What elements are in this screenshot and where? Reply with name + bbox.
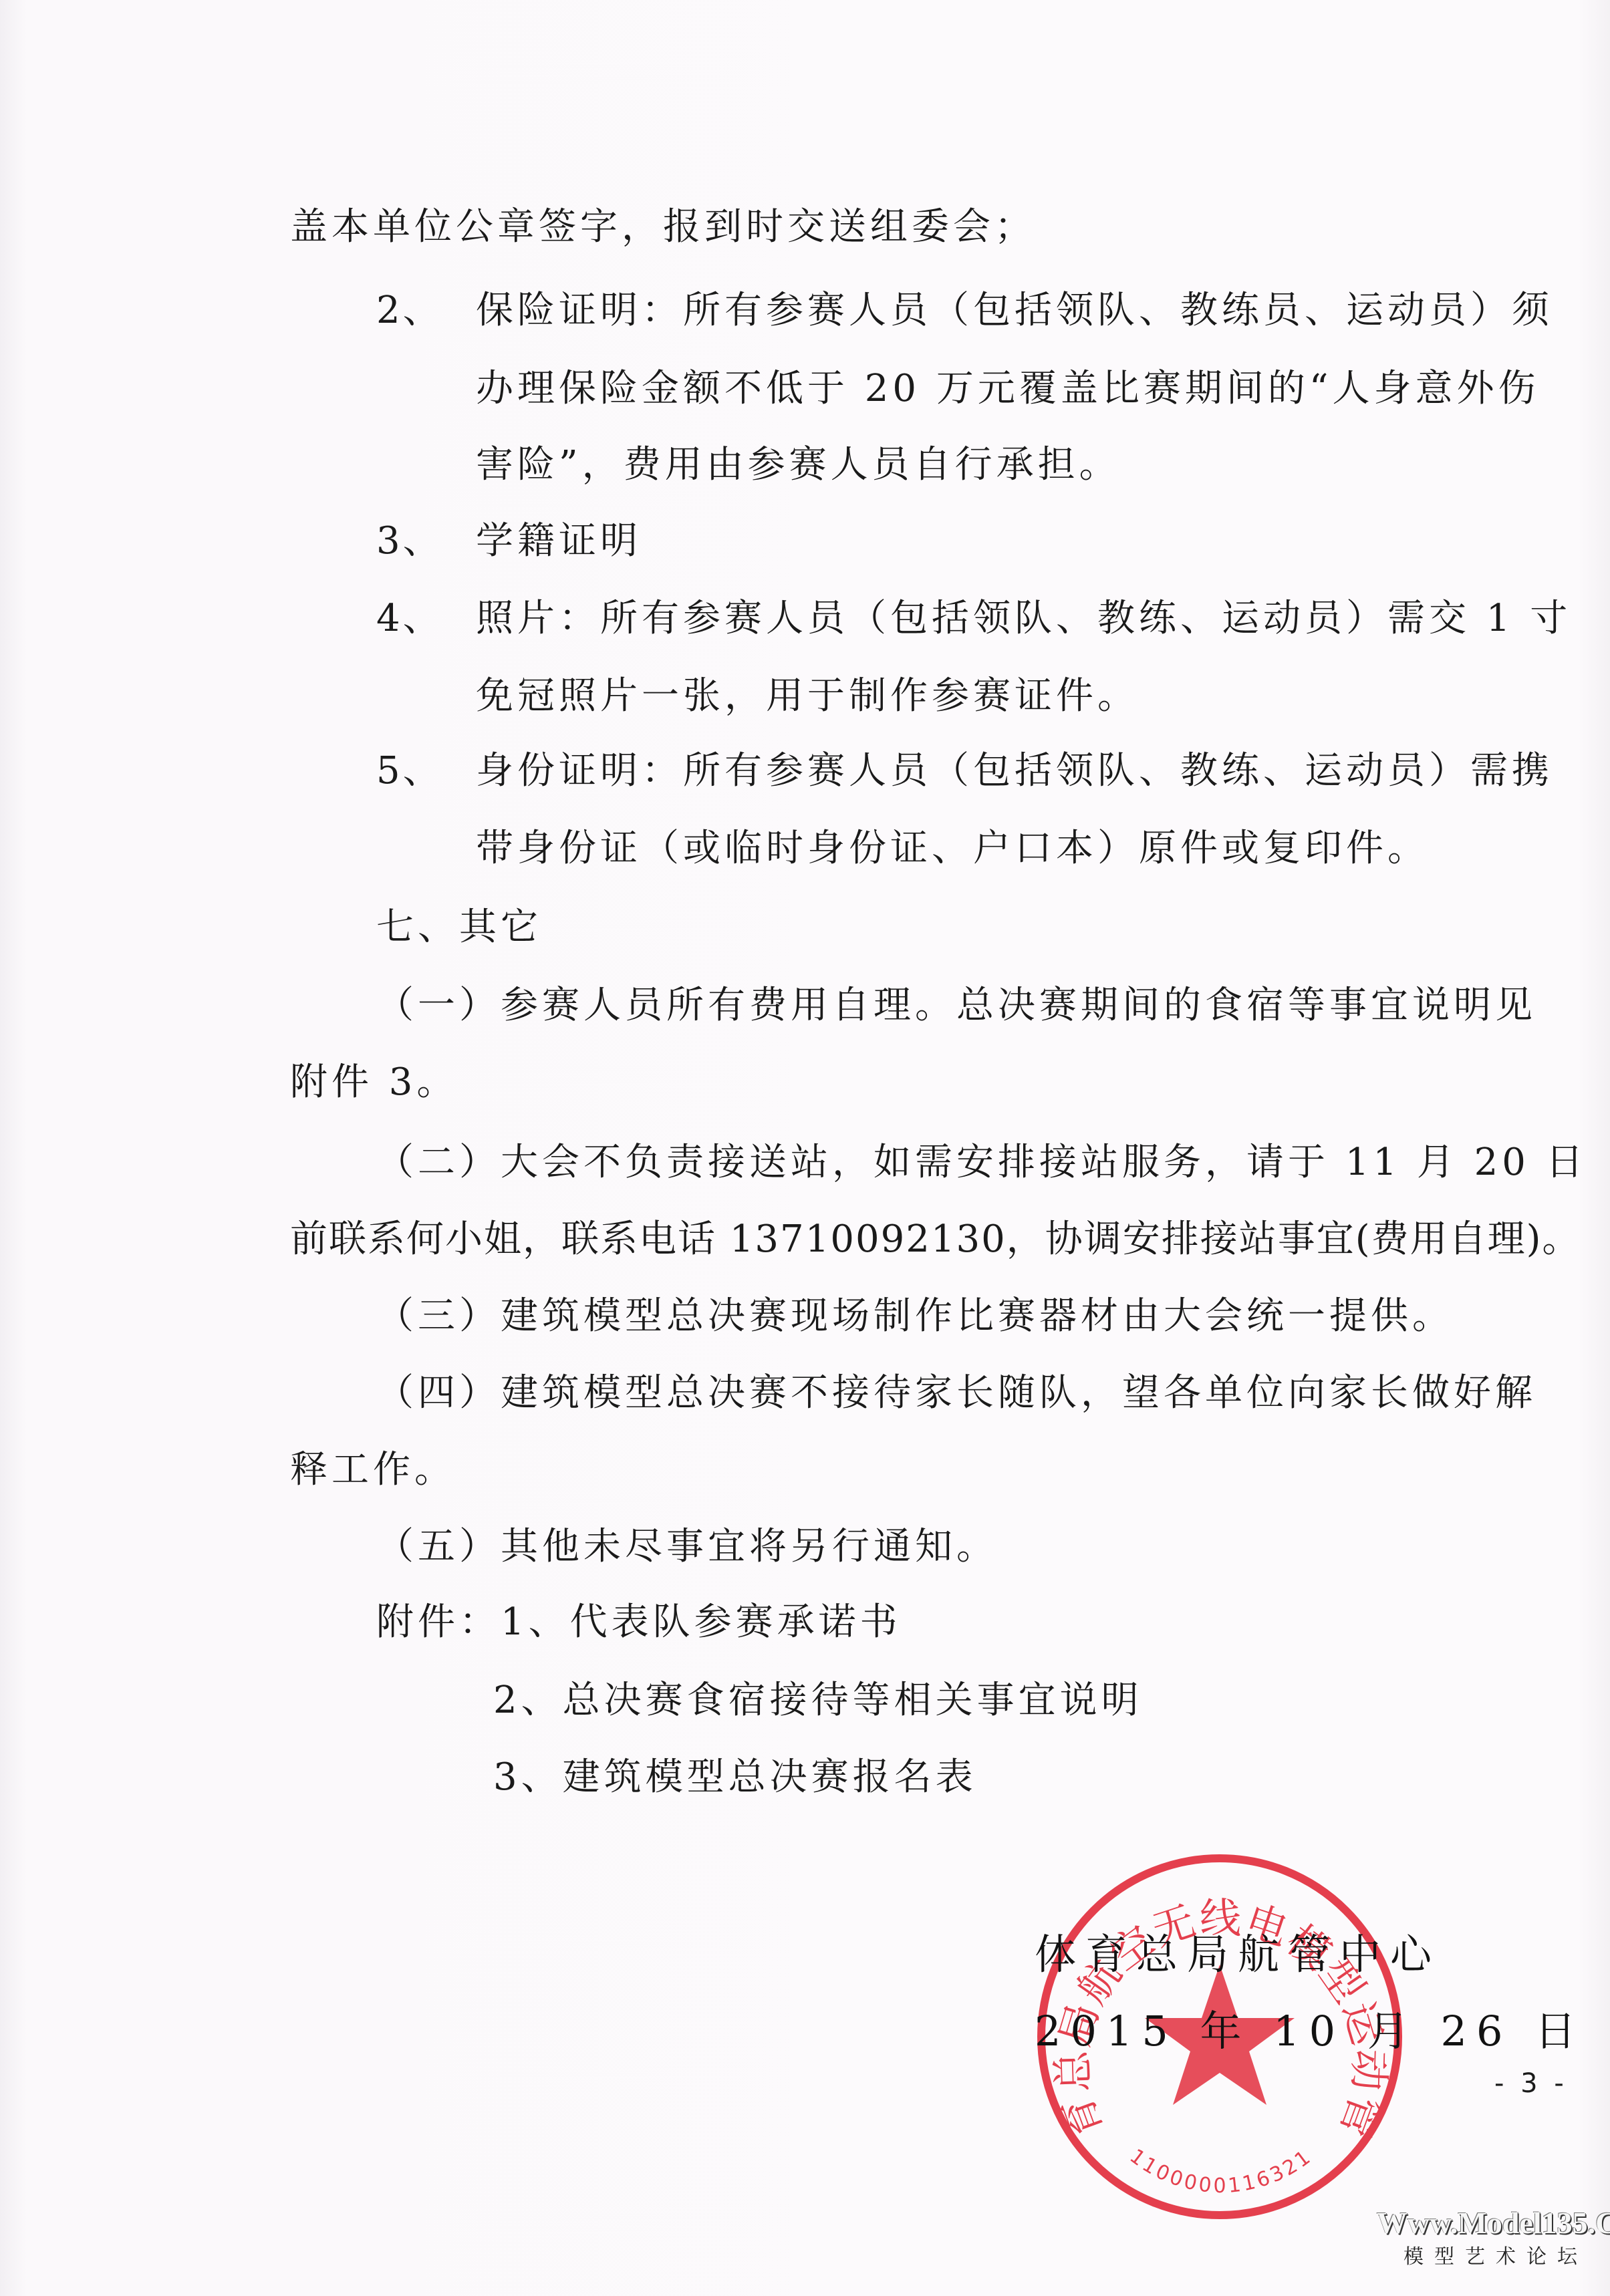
text-line: 附件 3。 (290, 1056, 458, 1109)
text-line: 保险证明：所有参赛人员（包括领队、教练员、运动员）须 (476, 284, 1553, 337)
list-number: 5、 (376, 744, 443, 798)
text-line: 办理保险金额不低于 20 万元覆盖比赛期间的“人身意外伤 (476, 362, 1540, 416)
text-line: 免冠照片一张，用于制作参赛证件。 (476, 670, 1139, 723)
text-line: （三）建筑模型总决赛现场制作比赛器材由大会统一提供。 (376, 1290, 1454, 1343)
text-line: （四）建筑模型总决赛不接待家长随队，望各单位向家长做好解 (376, 1367, 1536, 1420)
text-line: 身份证明：所有参赛人员（包括领队、教练、运动员）需携 (476, 744, 1553, 798)
text-line: 带身份证（或临时身份证、户口本）原件或复印件。 (476, 822, 1429, 875)
list-number: 3、 (376, 515, 443, 568)
signature-org: 体育总局航管中心 (1035, 1928, 1441, 1981)
list-number: 2、 (376, 284, 443, 337)
watermark-label: 模型艺术论坛 (1403, 2240, 1588, 2269)
signature-date: 2015 年 10 月 26 日 (1035, 2005, 1585, 2058)
section-heading: 七、其它 (376, 901, 542, 954)
watermark-site: Www.Model135.Com (1377, 2205, 1610, 2241)
svg-text:1100000116321: 1100000116321 (1125, 2144, 1317, 2198)
list-number: 4、 (376, 592, 443, 645)
document-page: 盖本单位公章签字，报到时交送组委会； 2、 保险证明：所有参赛人员（包括领队、教… (0, 0, 1610, 2296)
text-line: （二）大会不负责接送站，如需安排接站服务，请于 11 月 20 日 (376, 1136, 1587, 1189)
text-line: 学籍证明 (476, 515, 642, 568)
page-number: - 3 - (1494, 2068, 1568, 2099)
text-line: 前联系何小姐，联系电话 13710092130，协调安排接站事宜(费用自理)。 (290, 1213, 1581, 1266)
text-line: 害险”，费用由参赛人员自行承担。 (476, 438, 1121, 492)
text-line: （五）其他未尽事宜将另行通知。 (376, 1520, 998, 1574)
text-line: 照片：所有参赛人员（包括领队、教练、运动员）需交 1 寸 (476, 592, 1571, 645)
attachment-item: 2、总决赛食宿接待等相关事宜说明 (493, 1674, 1143, 1727)
attachment-item: 3、建筑模型总决赛报名表 (493, 1751, 977, 1804)
text-line: （一）参赛人员所有费用自理。总决赛期间的食宿等事宜说明见 (376, 979, 1536, 1032)
attachment-item: 附件：1、代表队参赛承诺书 (376, 1596, 902, 1649)
seal-code: 1100000116321 (1125, 2144, 1317, 2198)
text-line: 释工作。 (290, 1443, 456, 1497)
text-line: 盖本单位公章签字，报到时交送组委会； (290, 200, 1036, 254)
